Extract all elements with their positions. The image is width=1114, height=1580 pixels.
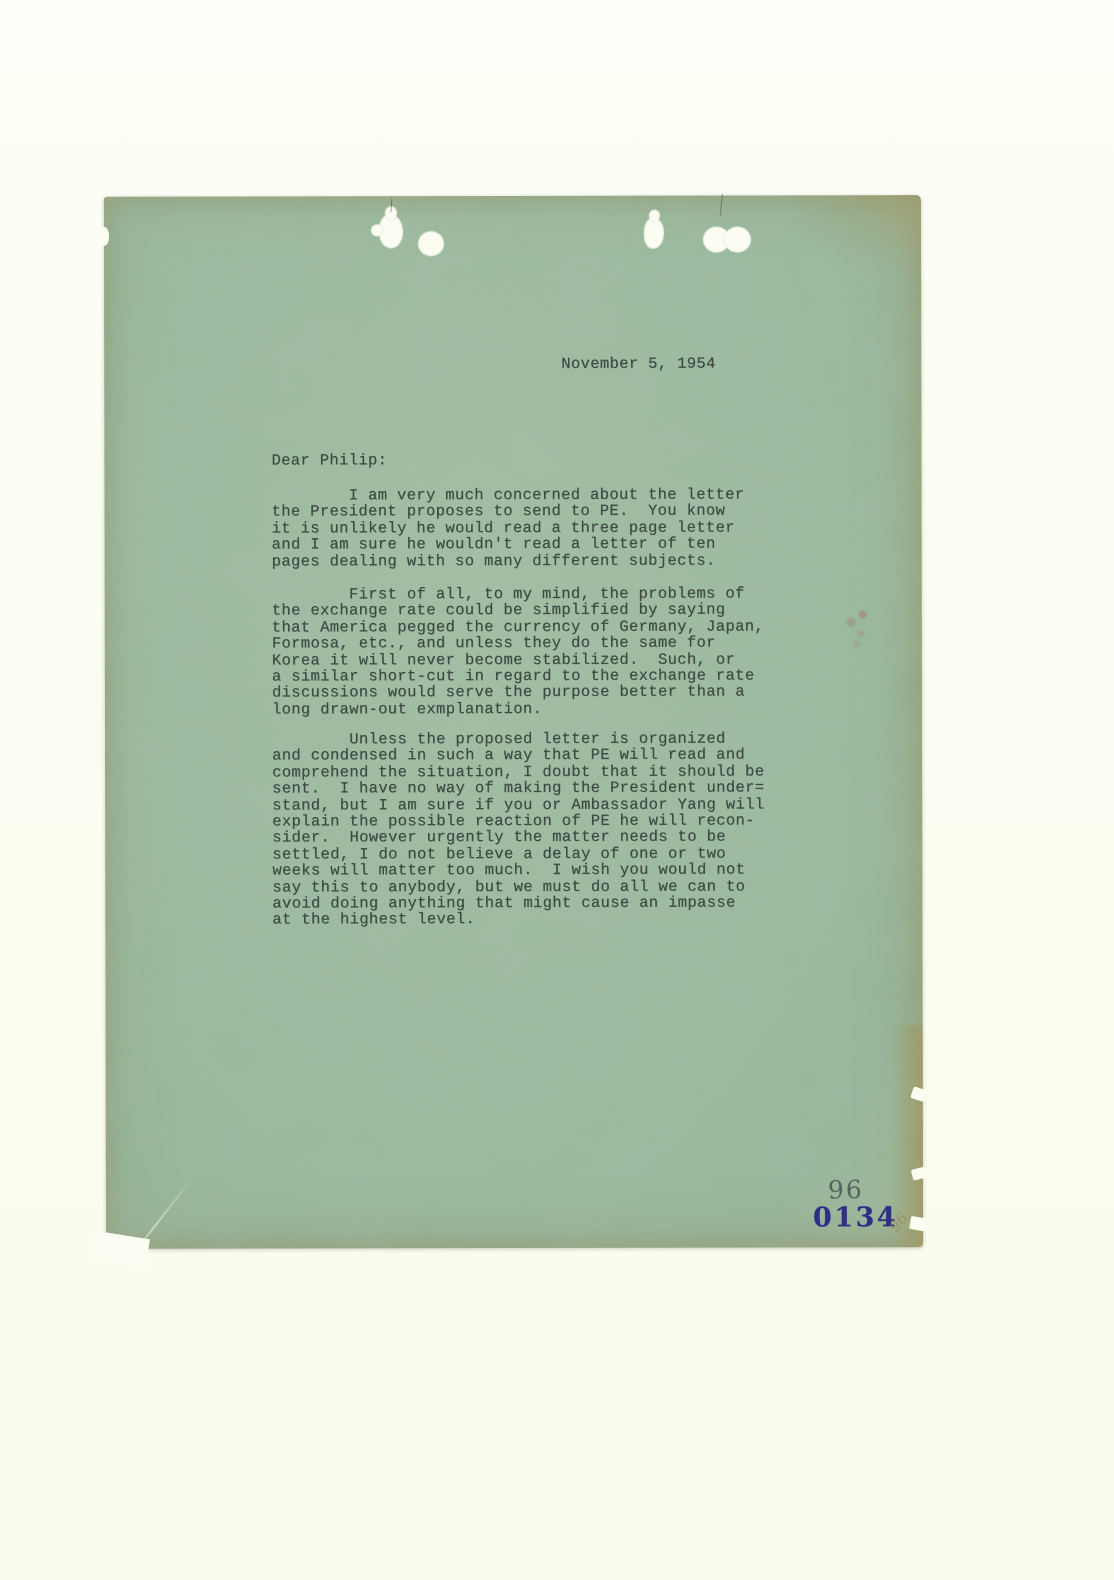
- archive-page-number: 96: [828, 1175, 864, 1205]
- archive-stamp-number: 0134: [813, 1202, 898, 1233]
- punch-hole: [649, 210, 660, 222]
- paper-texture: [104, 195, 923, 1249]
- scan-background: November 5, 1954 Dear Philip: I am very …: [0, 0, 1114, 1580]
- corner-clip: [90, 1231, 150, 1267]
- punch-hole: [724, 227, 751, 253]
- red-ink-smudge: [840, 600, 878, 648]
- letter-paragraph: First of all, to my mind, the problems o…: [272, 585, 765, 717]
- letter-paragraph: Unless the proposed letter is organized …: [272, 730, 765, 928]
- punch-hole: [644, 218, 664, 249]
- paper-edge-discoloration: [781, 195, 921, 285]
- letter-salutation: Dear Philip:: [271, 452, 387, 469]
- edge-tear: [909, 1216, 927, 1232]
- edge-tear: [911, 1167, 927, 1181]
- letter-page: November 5, 1954 Dear Philip: I am very …: [104, 195, 923, 1249]
- letter-date: November 5, 1954: [561, 356, 715, 373]
- edge-notch: [98, 227, 109, 246]
- punch-hole: [371, 224, 383, 236]
- letter-paragraph: I am very much concerned about the lette…: [272, 487, 745, 570]
- paper-fiber-mark: [720, 194, 723, 216]
- edge-tear: [910, 1086, 927, 1102]
- punch-hole: [418, 231, 444, 256]
